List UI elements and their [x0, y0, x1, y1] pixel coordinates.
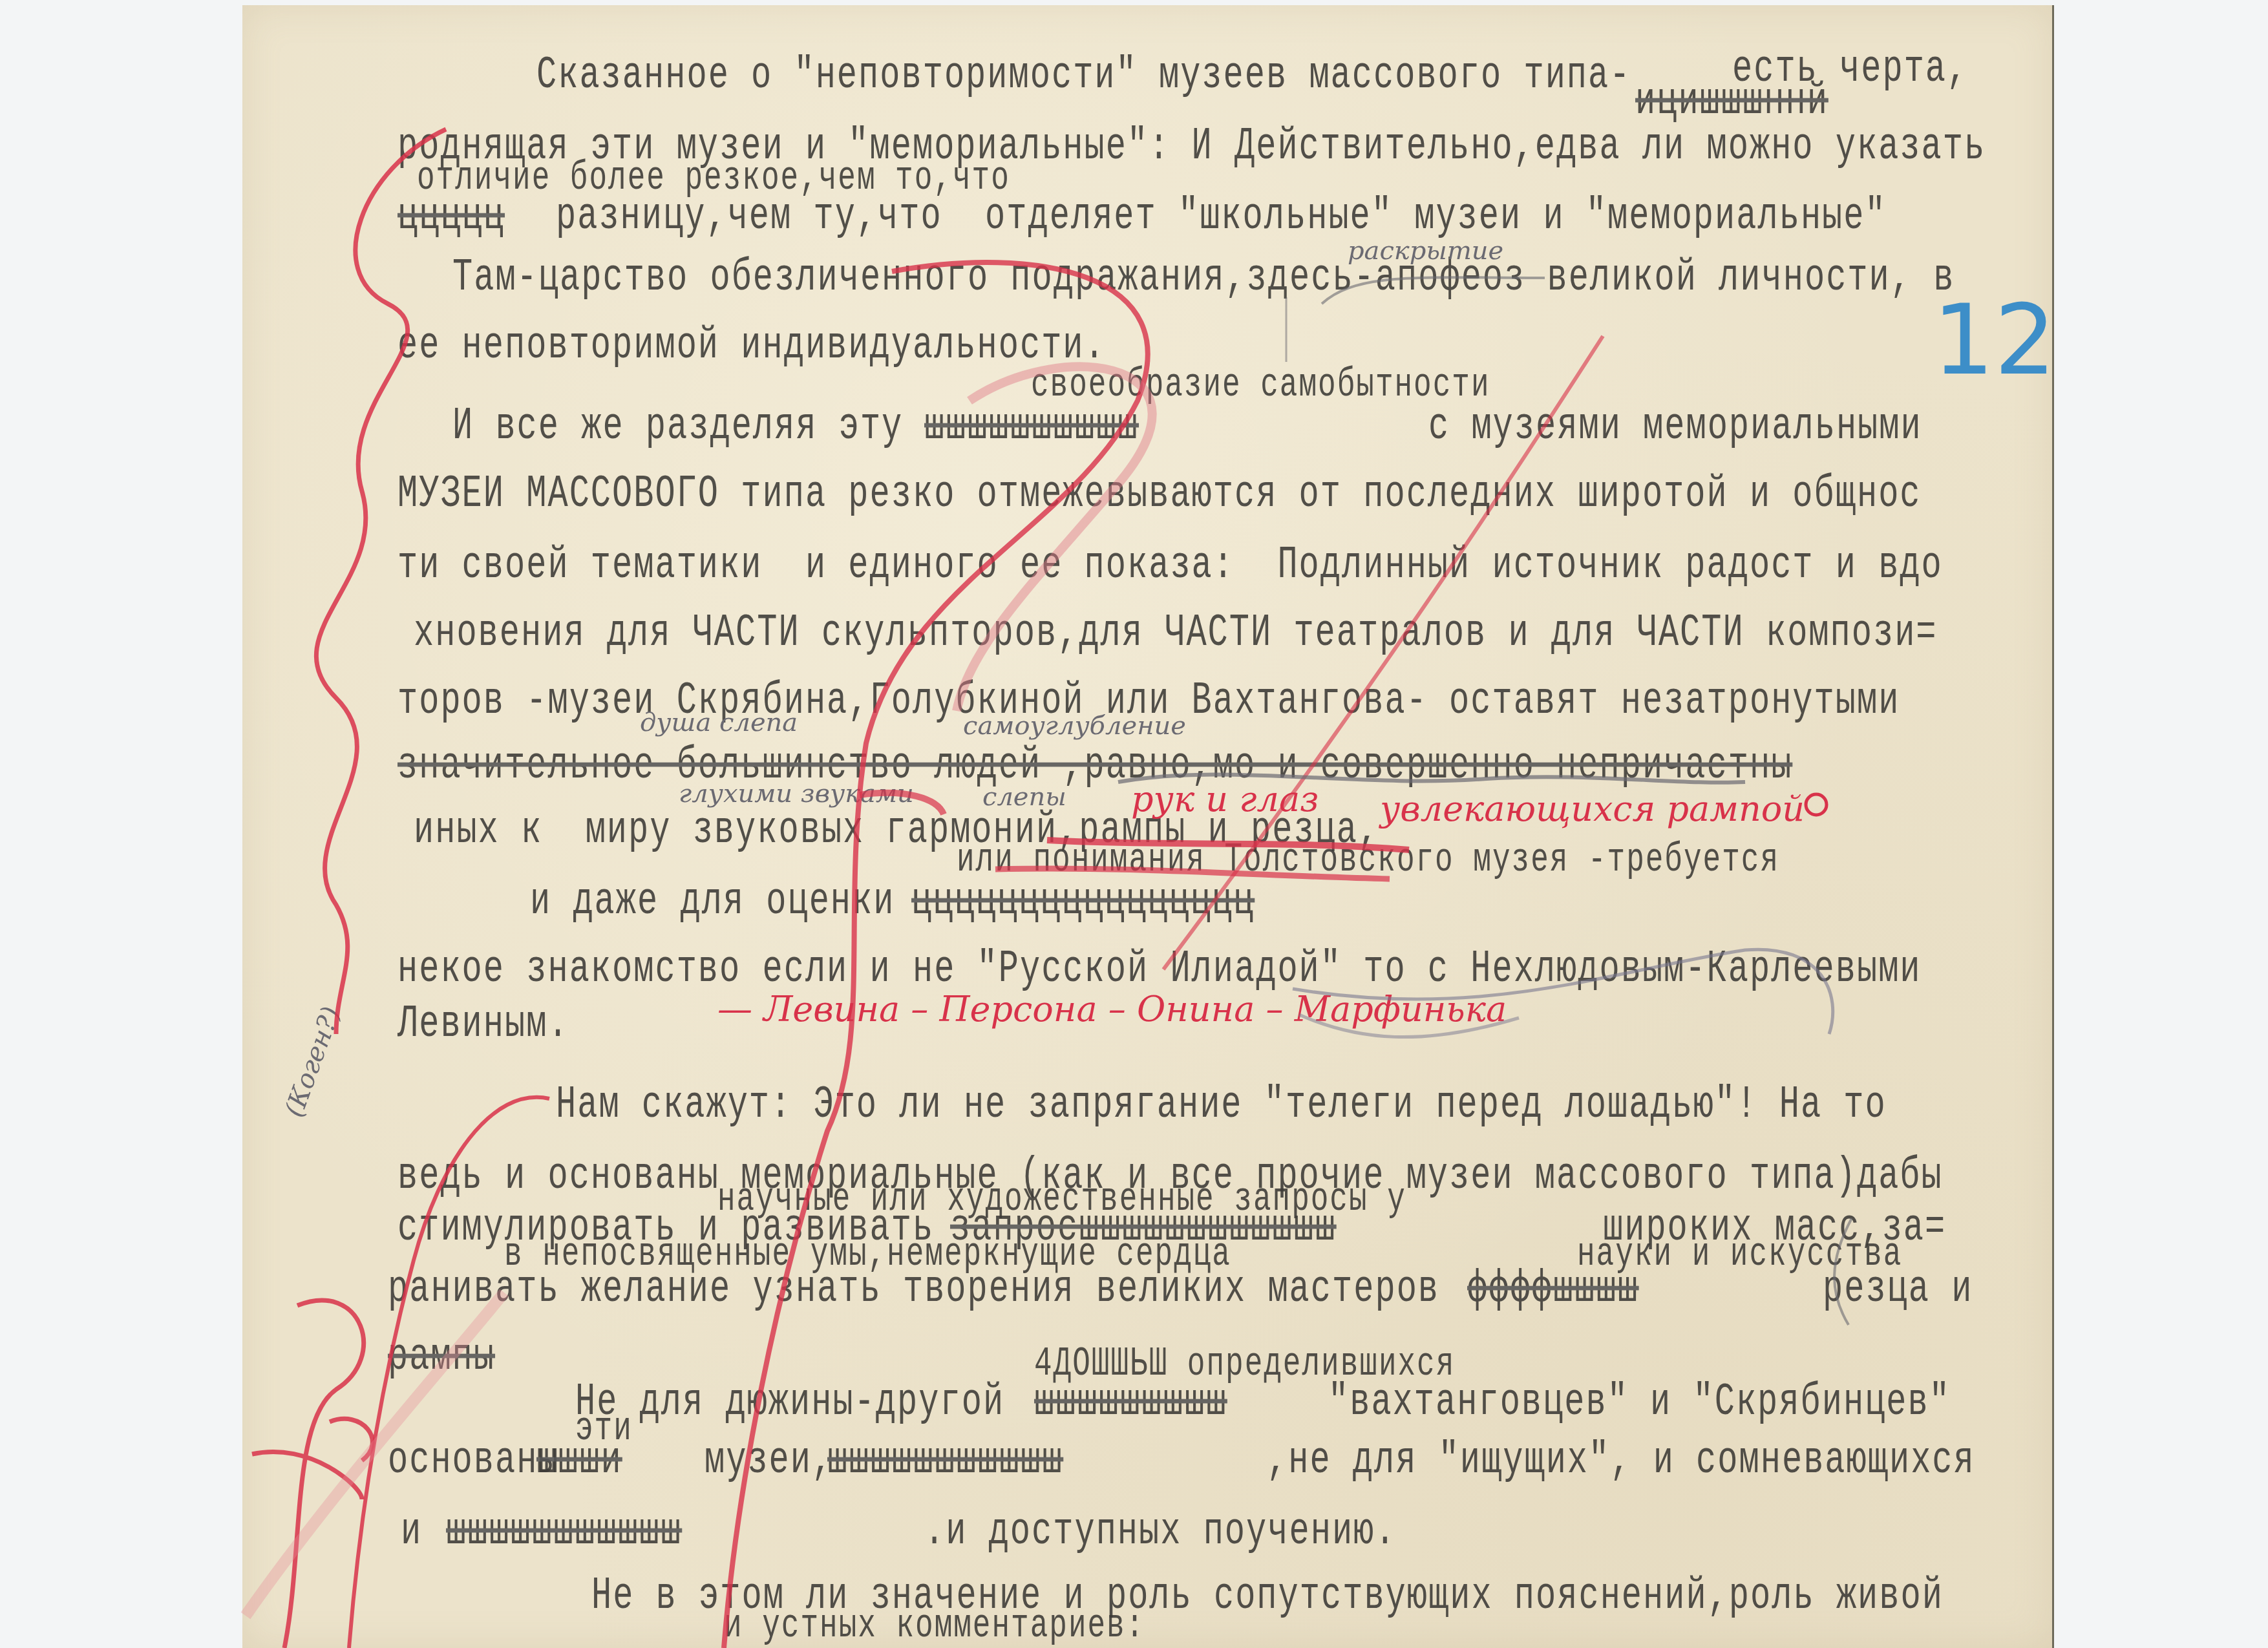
handwritten-note: увлекающихся рампой: [1380, 788, 1805, 829]
typed-line: ти своей тематики и единого ее показа: П…: [397, 543, 1943, 588]
typed-line: ее неповторимой индивидуальности.: [397, 323, 1106, 368]
struck-typed-text: шшшшшшшшшшш: [827, 1438, 1063, 1483]
typed-line: некое знакомство если и не "Русской Илиа…: [397, 947, 1922, 992]
typed-line: своеобразие самобытности: [1031, 365, 1490, 405]
struck-typed-text: шшшшшшшшшш: [924, 404, 1139, 449]
typed-line: и устных комментариев:: [724, 1606, 1145, 1646]
struck-typed-text: ффффшшшш: [1467, 1267, 1639, 1312]
typed-line: и даже для оценки: [530, 879, 895, 924]
typed-line: Там-царство обезличенного подражания,зде…: [452, 255, 1955, 301]
typed-line: Сказанное о "неповторимости" музеев масс…: [536, 53, 1631, 98]
struck-typed-text: значительное большинство людей ,равно,мо…: [397, 743, 1792, 788]
typed-line: "вахтанговцев" и "Скрябинцев": [1328, 1380, 1951, 1425]
typed-line: Не для дюжины-другой: [575, 1380, 1004, 1425]
handwritten-note: самоуглубление: [963, 711, 1186, 741]
handwritten-note: слепы: [982, 782, 1066, 812]
typed-line: И все же разделяя эту: [452, 404, 903, 449]
struck-typed-text: шшшшшшшшшшш: [446, 1509, 682, 1554]
typed-line: музеи,: [705, 1438, 833, 1483]
struck-typed-text: цццццццццццццццц: [911, 879, 1255, 924]
typed-line: основаны: [388, 1438, 560, 1483]
page-number: 12: [1933, 284, 2056, 397]
typed-line: Нам скажут: Это ли не запрягание "телеги…: [556, 1083, 1887, 1128]
typed-line: с музеями мемориальными: [1428, 404, 1922, 449]
handwritten-note: рук и глаз: [1131, 779, 1319, 819]
typed-line: ранивать желание узнать творения великих…: [388, 1267, 1439, 1312]
struck-typed-text: рампы: [388, 1335, 495, 1380]
handwritten-note: душа слепа: [640, 708, 798, 737]
handwritten-note: раскрытие: [1348, 236, 1503, 266]
struck-typed-text: ицишшшннй: [1635, 79, 1828, 124]
typed-line: и: [401, 1509, 422, 1554]
typed-line: разницу,чем ту,что отделяет "школьные" м…: [556, 194, 1887, 239]
struck-typed-text: шшши: [536, 1438, 622, 1483]
handwritten-note: глухими звуками: [679, 779, 914, 808]
typed-line: хновения для ЧАСТИ скульпторов,для ЧАСТИ…: [414, 611, 1938, 656]
typed-line: Левиным.: [397, 1002, 569, 1047]
typed-line: или понимания Толстовского музея -требуе…: [957, 840, 1779, 880]
typed-line: МУЗЕИ МАССОВОГО типа резко отмежевываютс…: [397, 472, 1922, 517]
typed-line: ,не для "ищущих", и сомневающихся: [1267, 1438, 1975, 1483]
struck-typed-text: ццццц: [397, 194, 505, 239]
typed-line: резца и: [1823, 1267, 1973, 1312]
struck-typed-text: шшшшшшшшш: [1034, 1380, 1227, 1425]
typed-line: .и доступных поучению.: [924, 1509, 1397, 1554]
handwritten-note: — Левина – Персона – Онина – Марфинька: [717, 989, 1507, 1030]
